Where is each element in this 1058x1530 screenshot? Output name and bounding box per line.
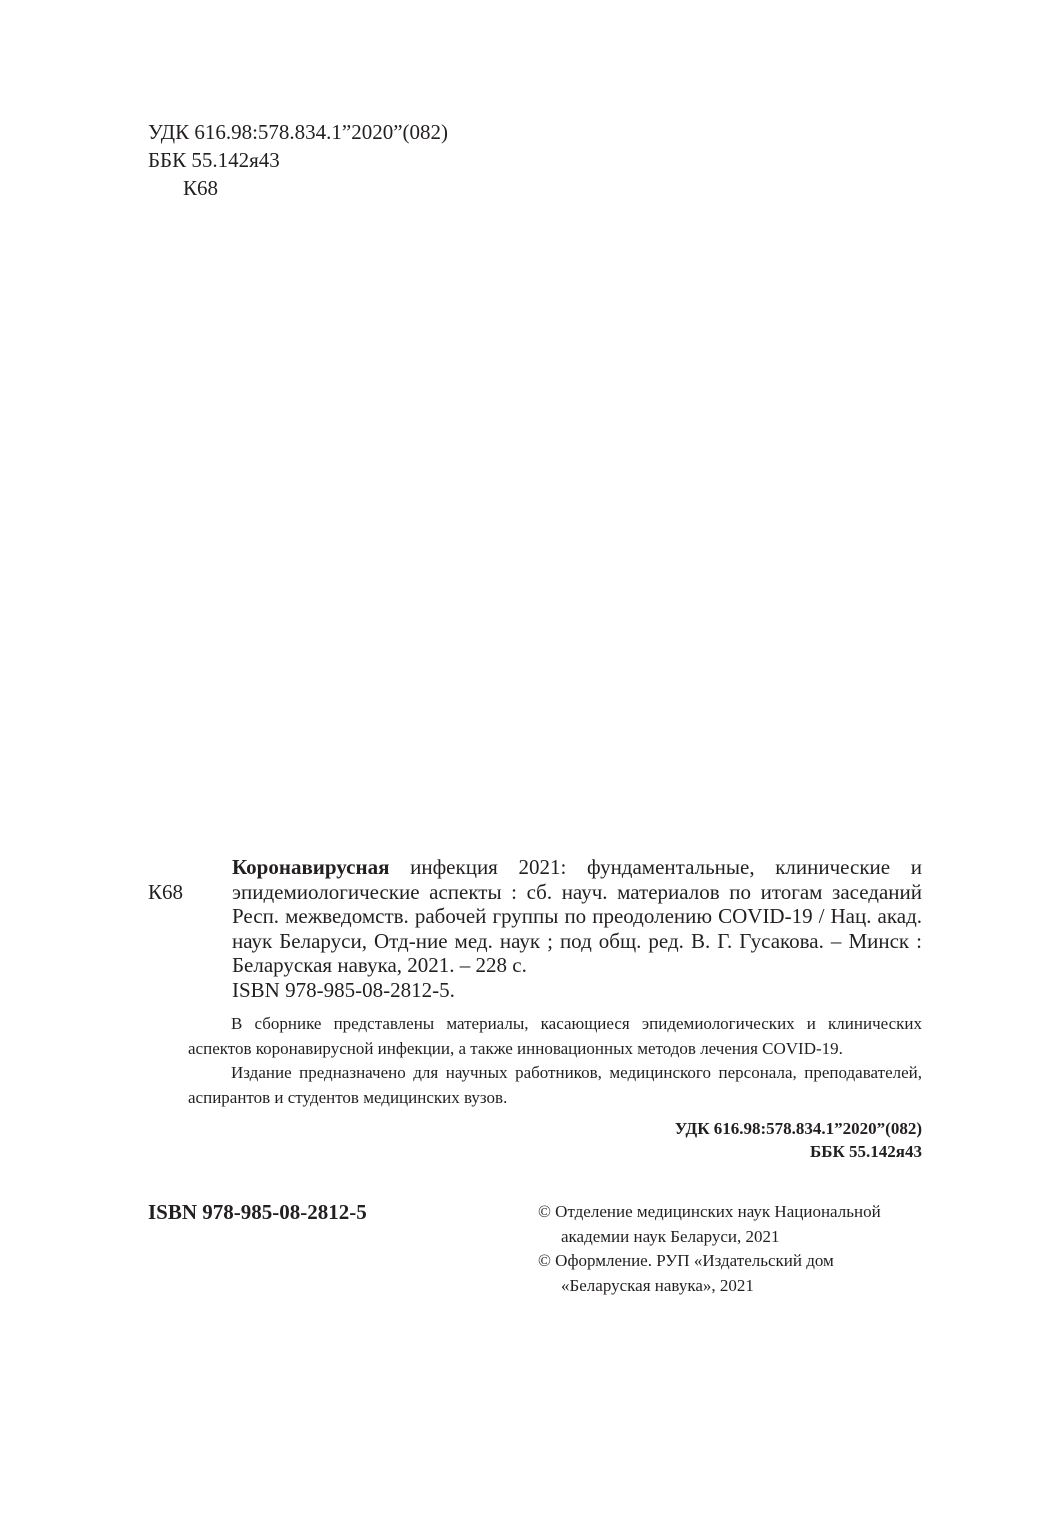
copyright-line: © Отделение медицинских наук Национально… (538, 1200, 951, 1249)
annotation: В сборнике представлены материалы, касаю… (188, 1012, 922, 1110)
catalog-author-mark: К68 (148, 880, 183, 905)
catalog-entry: К68 Коронавирусная инфекция 2021: фундам… (148, 855, 922, 1002)
copyright-line: © Оформление. РУП «Издательский дом «Бел… (538, 1249, 901, 1298)
title-keyword: Коронавирусная (232, 855, 389, 879)
bbk-code: ББК 55.142я43 (148, 146, 448, 174)
udk-code: УДК 616.98:578.834.1”2020”(082) (148, 118, 448, 146)
classification-header: УДК 616.98:578.834.1”2020”(082) ББК 55.1… (148, 118, 448, 202)
copyright-block: © Отделение медицинских наук Национально… (538, 1200, 951, 1298)
annotation-paragraph: Издание предназначено для научных работн… (188, 1061, 922, 1110)
bibliographic-description: Коронавирусная инфекция 2021: фундамента… (188, 855, 922, 978)
isbn-footer: ISBN 978-985-08-2812-5 (148, 1200, 367, 1225)
annotation-paragraph: В сборнике представлены материалы, касаю… (188, 1012, 922, 1061)
catalog-isbn: ISBN 978-985-08-2812-5. (188, 978, 922, 1003)
classification-footer: УДК 616.98:578.834.1”2020”(082) ББК 55.1… (675, 1117, 922, 1163)
author-mark: К68 (148, 174, 448, 202)
bbk-code-footer: ББК 55.142я43 (675, 1140, 922, 1163)
udk-code-footer: УДК 616.98:578.834.1”2020”(082) (675, 1117, 922, 1140)
